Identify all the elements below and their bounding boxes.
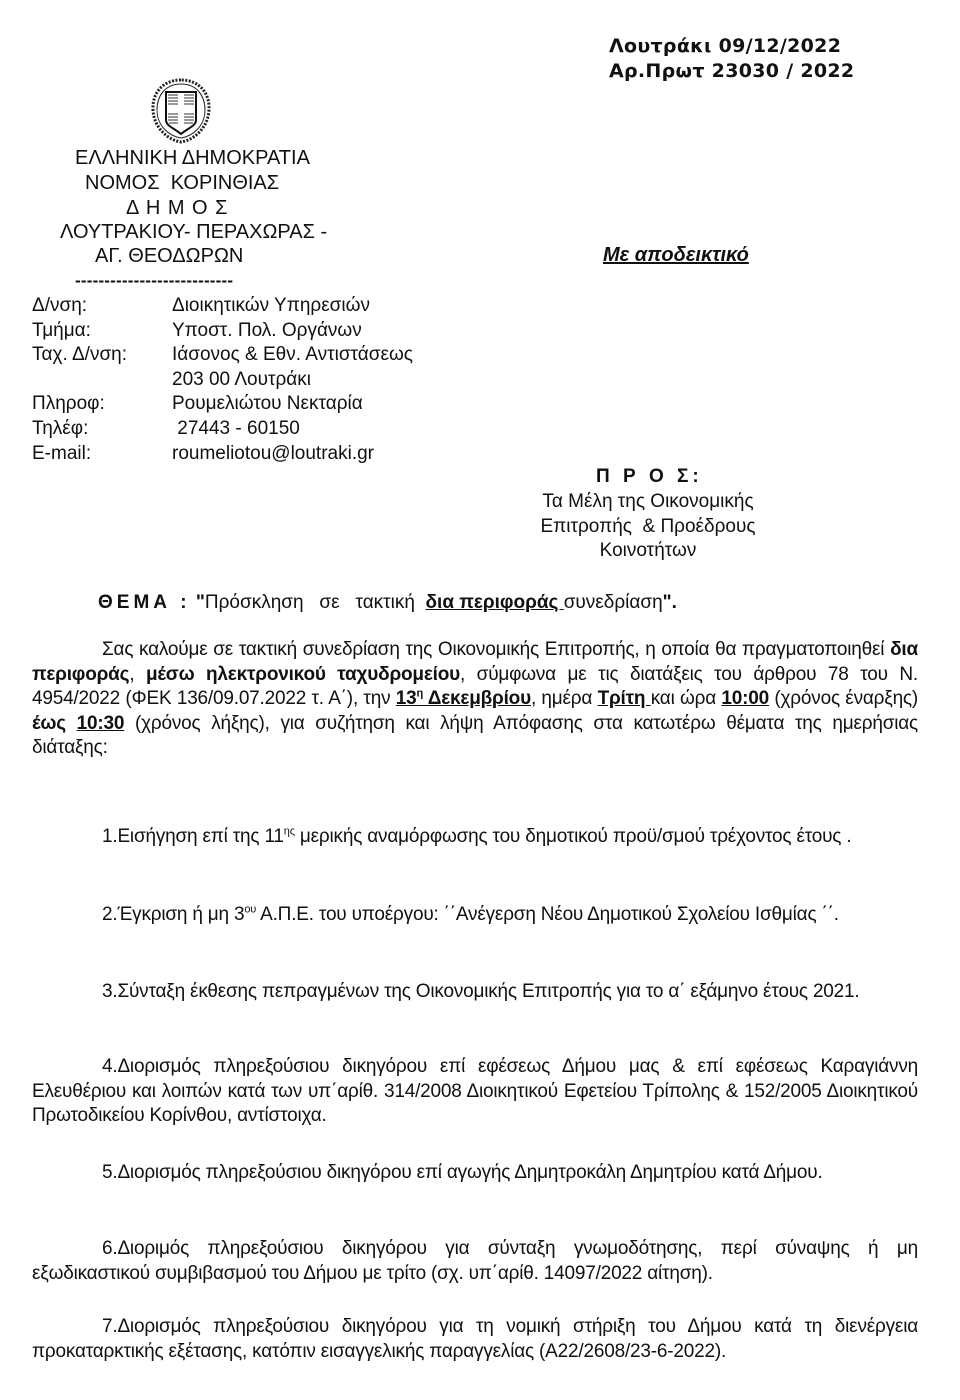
intro-bold: έως xyxy=(32,713,66,734)
agenda-text: Α.Π.Ε. του υποέργου: ΄΄Ανέγερση Νέου Δημ… xyxy=(256,904,839,925)
agenda-item: 4.Διορισμός πληρεξούσιου δικηγόρου επί ε… xyxy=(32,1055,918,1129)
start-time: 10:00 xyxy=(721,688,769,709)
subject-text: συνεδρίαση xyxy=(564,592,663,613)
sender-info: Δ/νση:Διοικητικών Υπηρεσιών Τμήμα:Υποστ.… xyxy=(32,294,413,466)
info-value: 203 00 Λουτράκι xyxy=(172,368,311,393)
intro-text: (χρόνος έναρξης) xyxy=(769,688,918,709)
meeting-month: Δεκεμβρίου xyxy=(428,688,531,709)
subject-text: Πρόσκληση σε τακτική xyxy=(205,592,426,613)
intro-text xyxy=(66,713,77,734)
info-label: Δ/νση: xyxy=(32,294,172,319)
intro-bold: μέσω ηλεκτρονικού ταχυδρομείου xyxy=(146,664,460,685)
org-country: ΕΛΛΗΝΙΚΗ ΔΗΜΟΚΡΑΤΙΑ xyxy=(75,145,310,171)
info-value: 27443 - 60150 xyxy=(172,417,300,442)
agenda-text: 4.Διορισμός πληρεξούσιου δικηγόρου επί ε… xyxy=(32,1056,918,1126)
meeting-weekday: Τρίτη xyxy=(598,688,651,709)
end-time: 10:30 xyxy=(77,713,125,734)
agenda-text: 1.Εισήγηση επί της 11 xyxy=(102,826,284,847)
protocol-number: Αρ.Πρωτ 23030 / 2022 xyxy=(609,59,854,84)
intro-text: , xyxy=(129,664,146,685)
place-date: Λουτράκι 09/12/2022 xyxy=(609,34,854,59)
recipients-line: Τα Μέλη της Οικονομικής xyxy=(523,490,773,515)
agenda-text: 2.Έγκριση ή μη 3 xyxy=(102,904,244,925)
subject-label: ΘΕΜΑ : xyxy=(98,592,191,613)
info-label: Πληροφ: xyxy=(32,392,172,417)
org-prefecture: ΝΟΜΟΣ ΚΟΡΙΝΘΙΑΣ xyxy=(85,170,279,196)
org-municipality-name: ΛΟΥΤΡΑΚΙΟΥ- ΠΕΡΑΧΩΡΑΣ - xyxy=(60,219,327,245)
info-label: Τμήμα: xyxy=(32,319,172,344)
day-number: 13 xyxy=(396,688,417,709)
agenda-ordinal: ης xyxy=(284,826,295,838)
recipients: Τα Μέλη της Οικονομικής Επιτροπής & Προέ… xyxy=(523,490,773,564)
sender-info-row: E-mail:roumeliotou@loutraki.gr xyxy=(32,442,413,467)
sender-info-row: Τμήμα:Υποστ. Πολ. Οργάνων xyxy=(32,319,413,344)
agenda-item: 7.Διορισμός πληρεξούσιου δικηγόρου για τ… xyxy=(32,1315,918,1364)
sender-info-row: Ταχ. Δ/νση:Ιάσονος & Εθν. Αντιστάσεως xyxy=(32,343,413,368)
agenda-text: 5.Διορισμός πληρεξούσιου δικηγόρου επί α… xyxy=(102,1162,823,1183)
greek-coat-of-arms-icon xyxy=(148,76,214,146)
document-header-right: Λουτράκι 09/12/2022 Αρ.Πρωτ 23030 / 2022 xyxy=(609,34,854,84)
info-label: Ταχ. Δ/νση: xyxy=(32,343,172,368)
email-link[interactable]: roumeliotou@loutraki.gr xyxy=(172,442,374,467)
info-value: Διοικητικών Υπηρεσιών xyxy=(172,294,370,319)
day-ordinal: η xyxy=(417,688,424,700)
subject: ΘΕΜΑ : "Πρόσκληση σε τακτική δια περιφορ… xyxy=(98,592,677,614)
info-value: Υποστ. Πολ. Οργάνων xyxy=(172,319,362,344)
agenda-item: 6.Διοριμός πληρεξούσιου δικηγόρου για σύ… xyxy=(32,1237,918,1286)
recipients-line: Επιτροπής & Προέδρους xyxy=(523,515,773,540)
info-label: E-mail: xyxy=(32,442,172,467)
agenda-item: 1.Εισήγηση επί της 11ης μερικής αναμόρφω… xyxy=(32,825,918,850)
recipients-line: Κοινοτήτων xyxy=(523,539,773,564)
info-value: Ρουμελιώτου Νεκταρία xyxy=(172,392,363,417)
agenda-item: 5.Διορισμός πληρεξούσιου δικηγόρου επί α… xyxy=(32,1161,918,1186)
meeting-day: 13η Δεκεμβρίου xyxy=(396,688,531,709)
agenda-item: 2.Έγκριση ή μη 3ου Α.Π.Ε. του υποέργου: … xyxy=(32,903,918,928)
recipients-title: Π Ρ Ο Σ: xyxy=(596,466,703,488)
sender-info-row: 203 00 Λουτράκι xyxy=(32,368,413,393)
invitation-paragraph: Σας καλούμε σε τακτική συνεδρίαση της Οι… xyxy=(32,638,918,761)
info-label: Τηλέφ: xyxy=(32,417,172,442)
org-municipality-name-cont: ΑΓ. ΘΕΟΔΩΡΩΝ xyxy=(95,243,243,269)
delivery-note: Με αποδεικτικό xyxy=(603,244,749,267)
intro-text: , ημέρα xyxy=(531,688,598,709)
agenda-text: 6.Διοριμός πληρεξούσιου δικηγόρου για σύ… xyxy=(32,1238,918,1284)
subject-quote: ". xyxy=(663,592,677,613)
agenda-item: 3.Σύνταξη έκθεσης πεπραγμένων της Οικονο… xyxy=(32,980,918,1005)
intro-text: Σας καλούμε σε τακτική συνεδρίαση της Οι… xyxy=(102,639,890,660)
info-label xyxy=(32,368,172,393)
subject-emphasis: δια περιφοράς xyxy=(426,592,564,613)
org-municipality-label: Δ Η Μ Ο Σ xyxy=(126,195,229,221)
intro-text: και ώρα xyxy=(651,688,722,709)
sender-info-row: Πληροφ:Ρουμελιώτου Νεκταρία xyxy=(32,392,413,417)
subject-quote: " xyxy=(196,592,205,613)
agenda-text: μερικής αναμόρφωσης του δημοτικού προϋ/σ… xyxy=(295,826,852,847)
header-separator: --------------------------- xyxy=(75,268,233,294)
agenda-text: 7.Διορισμός πληρεξούσιου δικηγόρου για τ… xyxy=(32,1316,918,1362)
info-value: Ιάσονος & Εθν. Αντιστάσεως xyxy=(172,343,413,368)
intro-text: (χρόνος λήξης), για συζήτηση και λήψη Απ… xyxy=(32,713,918,759)
sender-info-row: Τηλέφ: 27443 - 60150 xyxy=(32,417,413,442)
sender-info-row: Δ/νση:Διοικητικών Υπηρεσιών xyxy=(32,294,413,319)
agenda-text: 3.Σύνταξη έκθεσης πεπραγμένων της Οικονο… xyxy=(102,981,860,1002)
agenda-ordinal: ου xyxy=(244,904,256,916)
